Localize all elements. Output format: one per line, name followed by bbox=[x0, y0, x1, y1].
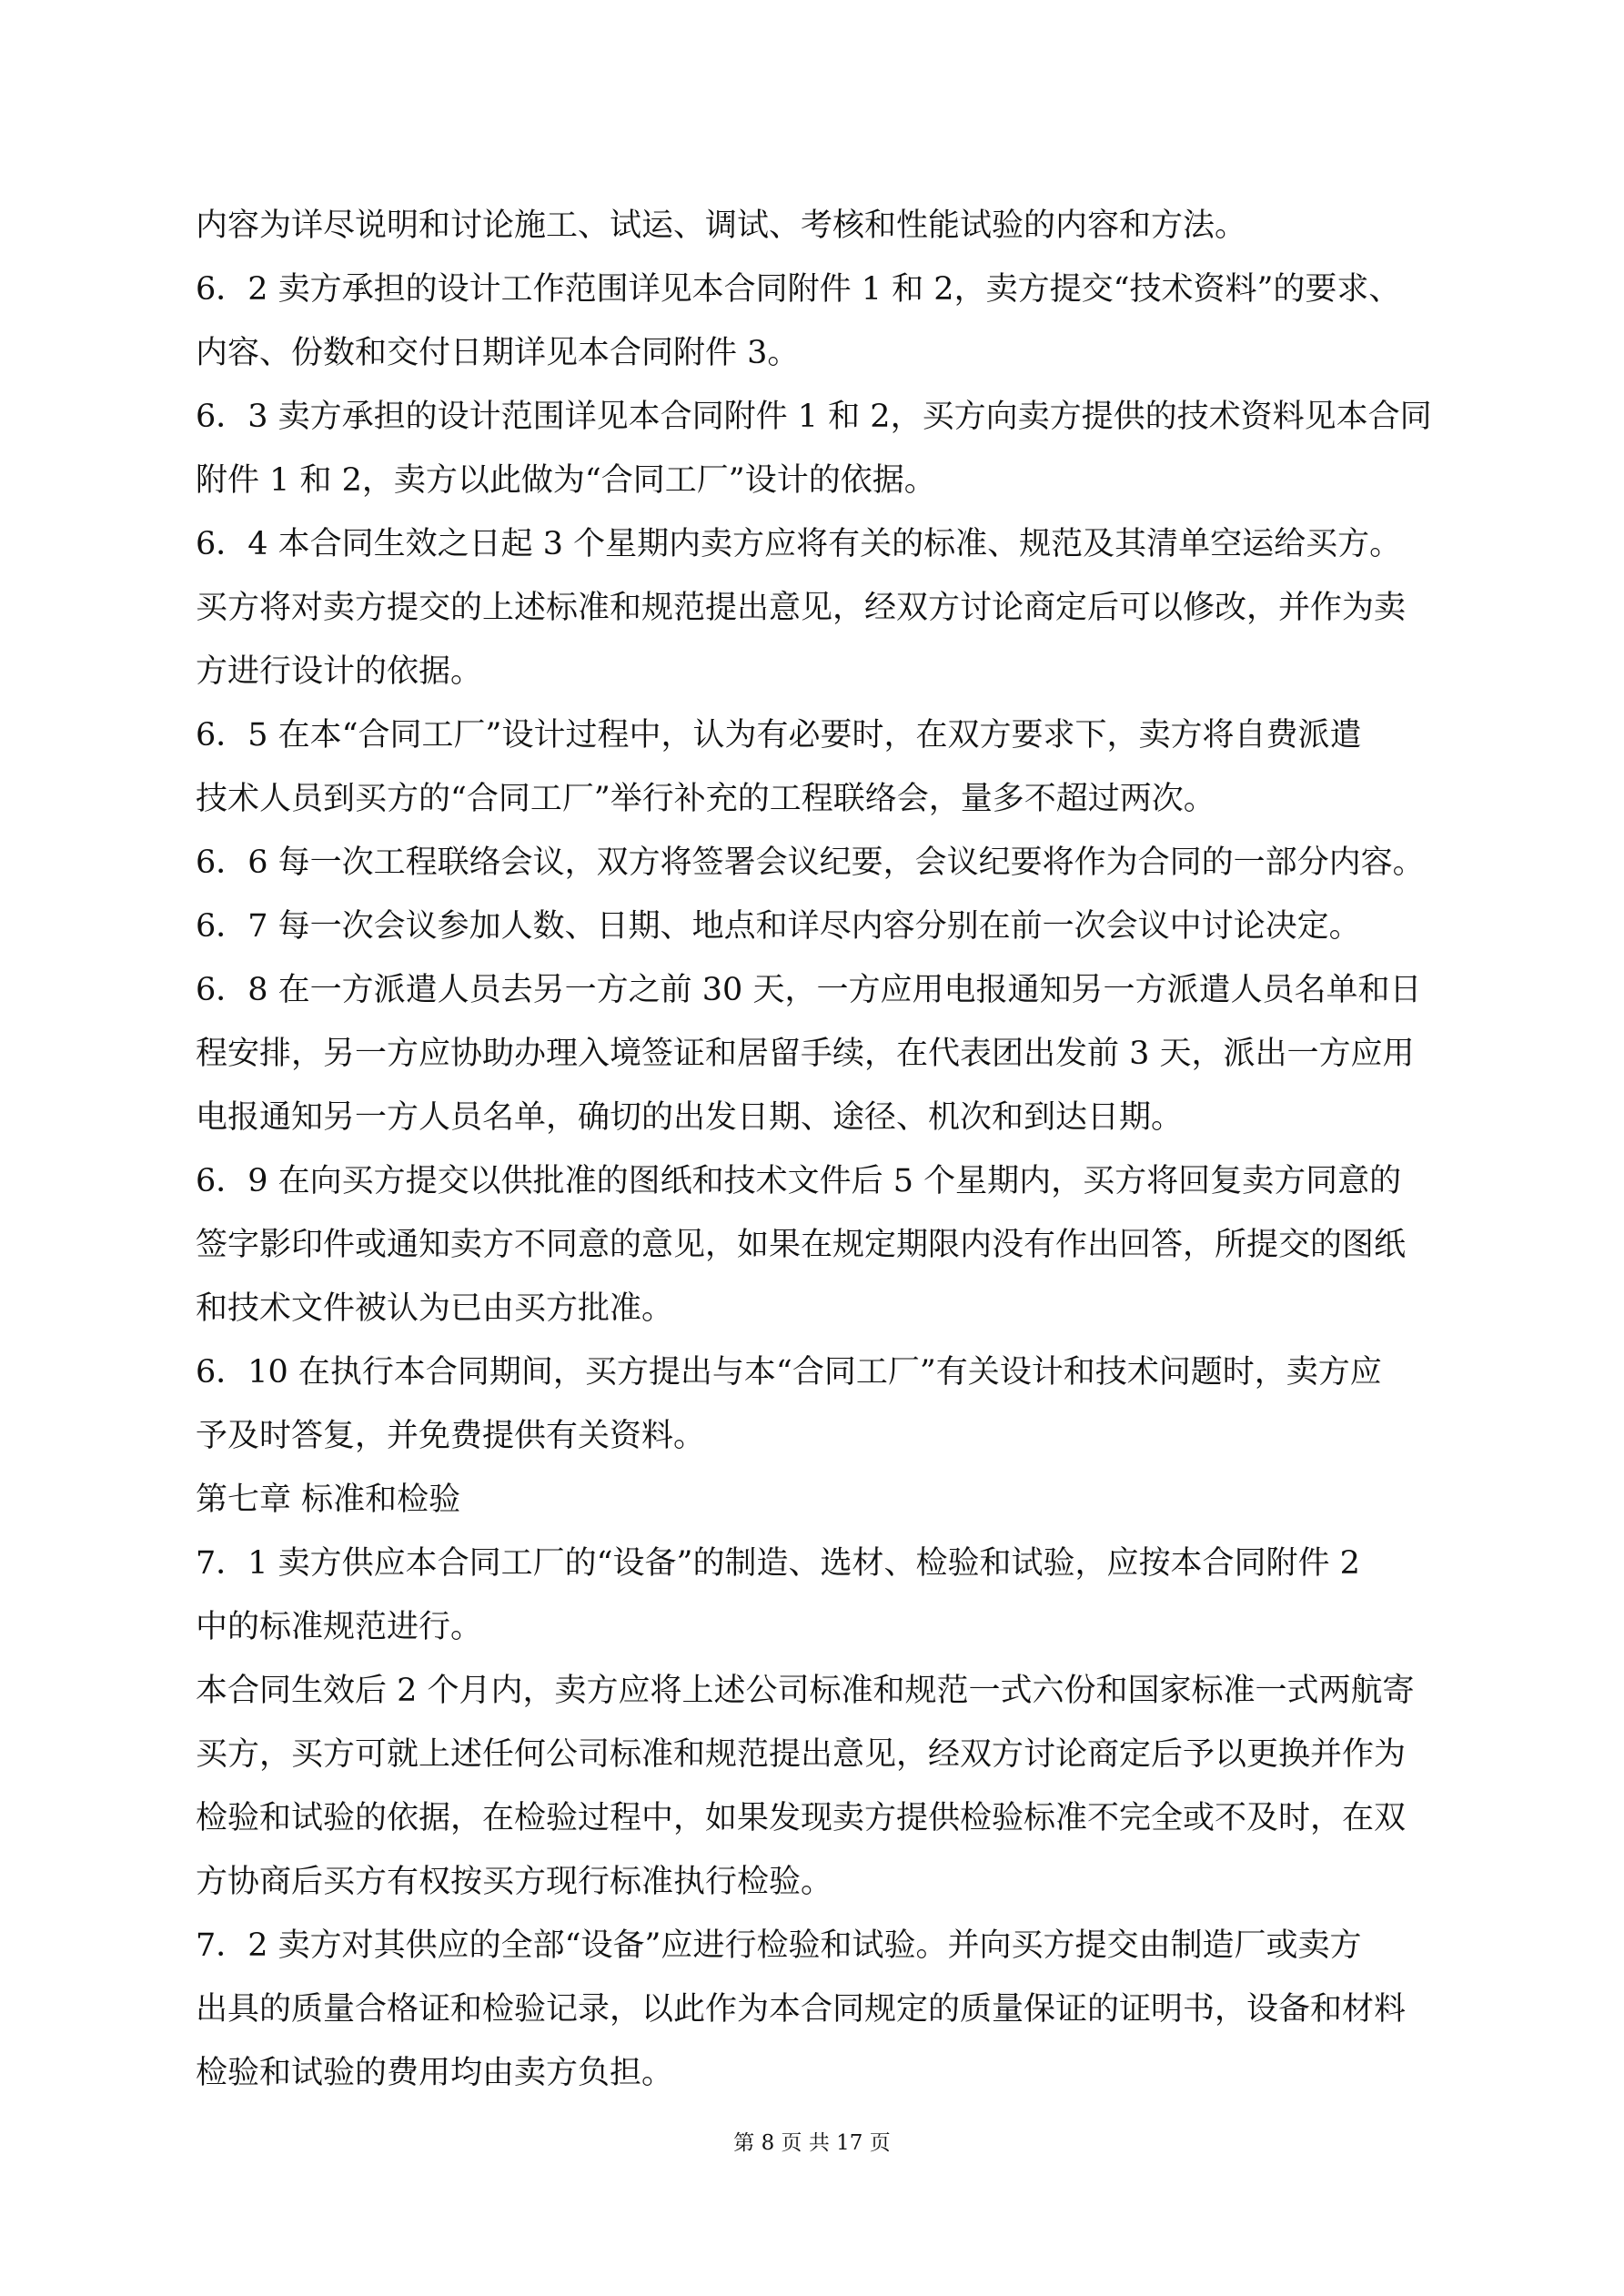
clause-7-2: 7．2 卖方对其供应的全部“设备”应进行检验和试验。并向买方提交由制造厂或卖方 … bbox=[196, 1914, 1433, 2105]
chapter-7-title: 第七章 标准和检验 bbox=[196, 1468, 1433, 1532]
document-body: 内容为详尽说明和讨论施工、试运、调试、考核和性能试验的内容和方法。 6．2 卖方… bbox=[196, 194, 1433, 2105]
text-line: 技术人员到买方的“合同工厂”举行补充的工程联络会，量多不超过两次。 bbox=[196, 767, 1433, 831]
text-line: 买方，买方可就上述任何公司标准和规范提出意见，经双方讨论商定后予以更换并作为 bbox=[196, 1723, 1433, 1786]
clause-6-4: 6．4 本合同生效之日起 3 个星期内卖方应将有关的标准、规范及其清单空运给买方… bbox=[196, 512, 1433, 703]
text-line: 方协商后买方有权按买方现行标准执行检验。 bbox=[196, 1850, 1433, 1914]
document-page: 内容为详尽说明和讨论施工、试运、调试、考核和性能试验的内容和方法。 6．2 卖方… bbox=[0, 0, 1624, 2296]
text-line: 中的标准规范进行。 bbox=[196, 1595, 1433, 1659]
text-line: 买方将对卖方提交的上述标准和规范提出意见，经双方讨论商定后可以修改，并作为卖 bbox=[196, 576, 1433, 640]
chapter-heading: 第七章 标准和检验 bbox=[196, 1468, 1433, 1532]
clause-6-9: 6．9 在向买方提交以供批准的图纸和技术文件后 5 个星期内，买方将回复卖方同意… bbox=[196, 1149, 1433, 1340]
text-line: 6．4 本合同生效之日起 3 个星期内卖方应将有关的标准、规范及其清单空运给买方… bbox=[196, 512, 1433, 576]
text-line: 6．10 在执行本合同期间，买方提出与本“合同工厂”有关设计和技术问题时，卖方应 bbox=[196, 1340, 1433, 1404]
text-line: 和技术文件被认为已由买方批准。 bbox=[196, 1277, 1433, 1340]
page-number-footer: 第 8 页 共 17 页 bbox=[0, 2128, 1624, 2159]
clause-7-1: 7．1 卖方供应本合同工厂的“设备”的制造、选材、检验和试验，应按本合同附件 2… bbox=[196, 1532, 1433, 1659]
text-line: 予及时答复，并免费提供有关资料。 bbox=[196, 1404, 1433, 1468]
text-line: 6．3 卖方承担的设计范围详见本合同附件 1 和 2，买方向卖方提供的技术资料见… bbox=[196, 385, 1433, 449]
text-line: 方进行设计的依据。 bbox=[196, 640, 1433, 703]
text-line: 6．9 在向买方提交以供批准的图纸和技术文件后 5 个星期内，买方将回复卖方同意… bbox=[196, 1149, 1433, 1213]
text-line: 7．2 卖方对其供应的全部“设备”应进行检验和试验。并向买方提交由制造厂或卖方 bbox=[196, 1914, 1433, 1977]
text-line: 内容、份数和交付日期详见本合同附件 3。 bbox=[196, 321, 1433, 385]
text-line: 电报通知另一方人员名单，确切的出发日期、途径、机次和到达日期。 bbox=[196, 1086, 1433, 1149]
text-line: 6．2 卖方承担的设计工作范围详见本合同附件 1 和 2，卖方提交“技术资料”的… bbox=[196, 258, 1433, 321]
clause-6-7: 6．7 每一次会议参加人数、日期、地点和详尽内容分别在前一次会议中讨论决定。 bbox=[196, 895, 1433, 958]
text-line: 本合同生效后 2 个月内，卖方应将上述公司标准和规范一式六份和国家标准一式两航寄 bbox=[196, 1659, 1433, 1723]
text-line: 附件 1 和 2，卖方以此做为“合同工厂”设计的依据。 bbox=[196, 449, 1433, 512]
text-line: 6．7 每一次会议参加人数、日期、地点和详尽内容分别在前一次会议中讨论决定。 bbox=[196, 895, 1433, 958]
clause-6-5: 6．5 在本“合同工厂”设计过程中，认为有必要时，在双方要求下，卖方将自费派遣 … bbox=[196, 703, 1433, 831]
text-line: 6．6 每一次工程联络会议，双方将签署会议纪要，会议纪要将作为合同的一部分内容。 bbox=[196, 831, 1433, 895]
paragraph-6-1-continuation: 内容为详尽说明和讨论施工、试运、调试、考核和性能试验的内容和方法。 bbox=[196, 194, 1433, 258]
clause-6-3: 6．3 卖方承担的设计范围详见本合同附件 1 和 2，买方向卖方提供的技术资料见… bbox=[196, 385, 1433, 512]
text-line: 检验和试验的费用均由卖方负担。 bbox=[196, 2041, 1433, 2105]
text-line: 出具的质量合格证和检验记录，以此作为本合同规定的质量保证的证明书，设备和材料 bbox=[196, 1977, 1433, 2041]
text-line: 6．5 在本“合同工厂”设计过程中，认为有必要时，在双方要求下，卖方将自费派遣 bbox=[196, 703, 1433, 767]
clause-6-2: 6．2 卖方承担的设计工作范围详见本合同附件 1 和 2，卖方提交“技术资料”的… bbox=[196, 258, 1433, 385]
clause-6-8: 6．8 在一方派遣人员去另一方之前 30 天，一方应用电报通知另一方派遣人员名单… bbox=[196, 958, 1433, 1149]
text-line: 签字影印件或通知卖方不同意的意见，如果在规定期限内没有作出回答，所提交的图纸 bbox=[196, 1213, 1433, 1277]
clause-7-1-continuation: 本合同生效后 2 个月内，卖方应将上述公司标准和规范一式六份和国家标准一式两航寄… bbox=[196, 1659, 1433, 1914]
text-line: 7．1 卖方供应本合同工厂的“设备”的制造、选材、检验和试验，应按本合同附件 2 bbox=[196, 1532, 1433, 1595]
text-line: 内容为详尽说明和讨论施工、试运、调试、考核和性能试验的内容和方法。 bbox=[196, 194, 1433, 258]
clause-6-10: 6．10 在执行本合同期间，买方提出与本“合同工厂”有关设计和技术问题时，卖方应… bbox=[196, 1340, 1433, 1468]
clause-6-6: 6．6 每一次工程联络会议，双方将签署会议纪要，会议纪要将作为合同的一部分内容。 bbox=[196, 831, 1433, 895]
text-line: 程安排，另一方应协助办理入境签证和居留手续，在代表团出发前 3 天，派出一方应用 bbox=[196, 1022, 1433, 1086]
text-line: 6．8 在一方派遣人员去另一方之前 30 天，一方应用电报通知另一方派遣人员名单… bbox=[196, 958, 1433, 1022]
text-line: 检验和试验的依据，在检验过程中，如果发现卖方提供检验标准不完全或不及时，在双 bbox=[196, 1786, 1433, 1850]
